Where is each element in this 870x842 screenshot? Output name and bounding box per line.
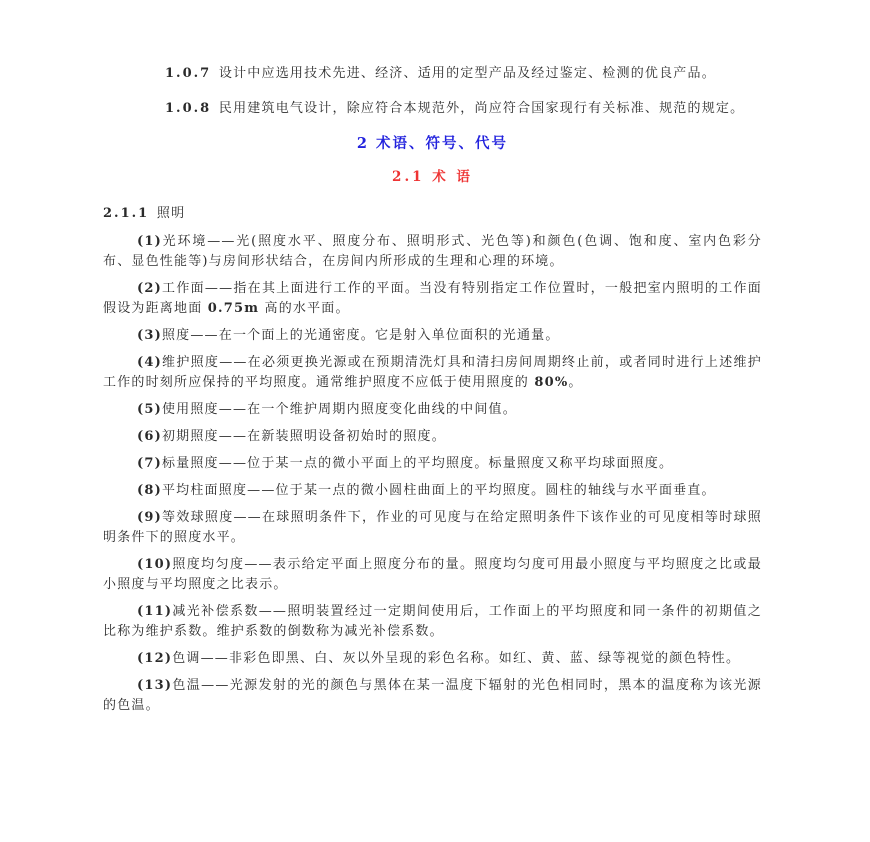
term-item: (8)平均柱面照度——位于某一点的微小圆柱曲面上的平均照度。圆柱的轴线与水平面垂…: [103, 481, 762, 501]
term-text: 照度——在一个面上的光通密度。它是射入单位面积的光通量。: [162, 328, 560, 343]
term-text-bold-value: 0.75m: [208, 301, 259, 316]
clause-1-0-8: 1.0.8 民用建筑电气设计，除应符合本规范外，尚应符合国家现行有关标准、规范的…: [103, 99, 762, 119]
clause-number: 1.0.8: [165, 101, 211, 116]
clause-text: 民用建筑电气设计，除应符合本规范外，尚应符合国家现行有关标准、规范的规定。: [219, 101, 744, 116]
term-text-segment: 使用照度——在一个维护周期内照度变化曲线的中间值。: [162, 402, 517, 417]
clause-1-0-7: 1.0.7 设计中应选用技术先进、经济、适用的定型产品及经过鉴定、检测的优良产品…: [103, 64, 762, 84]
clause-number: 1.0.7: [165, 66, 211, 81]
term-text: 标量照度——位于某一点的微小平面上的平均照度。标量照度又称平均球面照度。: [162, 456, 673, 471]
term-label: (4): [137, 355, 162, 370]
subsection-heading: 2.1.1 照明: [103, 204, 762, 224]
term-text: 等效球照度——在球照明条件下，作业的可见度与在给定照明条件下该作业的可见度相等时…: [103, 510, 762, 545]
term-label: (6): [137, 429, 162, 444]
term-text-segment: 光环境——光(照度水平、照度分布、照明形式、光色等)和颜色(色调、饱和度、室内色…: [103, 234, 762, 269]
term-label: (10): [137, 557, 172, 572]
term-item: (1)光环境——光(照度水平、照度分布、照明形式、光色等)和颜色(色调、饱和度、…: [103, 232, 762, 272]
term-label: (13): [137, 678, 172, 693]
term-label: (1): [137, 234, 162, 249]
term-label: (3): [137, 328, 162, 343]
term-label: (12): [137, 651, 172, 666]
term-item: (3)照度——在一个面上的光通密度。它是射入单位面积的光通量。: [103, 326, 762, 346]
document-page: 1.0.7 设计中应选用技术先进、经济、适用的定型产品及经过鉴定、检测的优良产品…: [0, 0, 870, 842]
term-text: 初期照度——在新装照明设备初始时的照度。: [162, 429, 446, 444]
term-text: 维护照度——在必须更换光源或在预期清洗灯具和清扫房间周期终止前，或者同时进行上述…: [103, 355, 762, 390]
term-item: (11)减光补偿系数——照明装置经过一定期间使用后，工作面上的平均照度和同一条件…: [103, 602, 762, 642]
term-text: 使用照度——在一个维护周期内照度变化曲线的中间值。: [162, 402, 517, 417]
term-text: 色温——光源发射的光的颜色与黑体在某一温度下辐射的光色相同时，黑本的温度称为该光…: [103, 678, 762, 713]
term-text: 减光补偿系数——照明装置经过一定期间使用后，工作面上的平均照度和同一条件的初期值…: [103, 604, 762, 639]
term-text-segment: 照度——在一个面上的光通密度。它是射入单位面积的光通量。: [162, 328, 560, 343]
term-text: 工作面——指在其上面进行工作的平面。当没有特别指定工作位置时，一般把室内照明的工…: [103, 281, 762, 316]
term-text-segment: 标量照度——位于某一点的微小平面上的平均照度。标量照度又称平均球面照度。: [162, 456, 673, 471]
term-text-segment: 初期照度——在新装照明设备初始时的照度。: [162, 429, 446, 444]
term-item: (6)初期照度——在新装照明设备初始时的照度。: [103, 427, 762, 447]
chapter-heading: 2 术语、符号、代号: [103, 134, 762, 154]
term-label: (7): [137, 456, 162, 471]
term-item: (2)工作面——指在其上面进行工作的平面。当没有特别指定工作位置时，一般把室内照…: [103, 279, 762, 319]
term-item: (9)等效球照度——在球照明条件下，作业的可见度与在给定照明条件下该作业的可见度…: [103, 508, 762, 548]
term-text: 平均柱面照度——位于某一点的微小圆柱曲面上的平均照度。圆柱的轴线与水平面垂直。: [162, 483, 716, 498]
term-label: (2): [137, 281, 162, 296]
term-text-segment: 平均柱面照度——位于某一点的微小圆柱曲面上的平均照度。圆柱的轴线与水平面垂直。: [162, 483, 716, 498]
term-text-bold-value: 80%: [534, 375, 568, 390]
term-text-segment: 照度均匀度——表示给定平面上照度分布的量。照度均匀度可用最小照度与平均照度之比或…: [103, 557, 762, 592]
term-item: (4)维护照度——在必须更换光源或在预期清洗灯具和清扫房间周期终止前，或者同时进…: [103, 353, 762, 393]
term-text-segment: 工作面——指在其上面进行工作的平面。当没有特别指定工作位置时，一般把室内照明的工…: [103, 281, 762, 316]
term-text: 照度均匀度——表示给定平面上照度分布的量。照度均匀度可用最小照度与平均照度之比或…: [103, 557, 762, 592]
term-text-segment: 色温——光源发射的光的颜色与黑体在某一温度下辐射的光色相同时，黑本的温度称为该光…: [103, 678, 762, 713]
term-text-segment: 。: [568, 375, 582, 390]
subsection-title: 照明: [157, 206, 185, 221]
term-text-segment: 高的水平面。: [259, 301, 350, 316]
term-label: (8): [137, 483, 162, 498]
term-label: (9): [137, 510, 162, 525]
section-heading: 2.1 术 语: [103, 167, 762, 187]
term-item: (7)标量照度——位于某一点的微小平面上的平均照度。标量照度又称平均球面照度。: [103, 454, 762, 474]
term-text: 色调——非彩色即黑、白、灰以外呈现的彩色名称。如红、黄、蓝、绿等视觉的颜色特性。: [172, 651, 740, 666]
term-item: (13)色温——光源发射的光的颜色与黑体在某一温度下辐射的光色相同时，黑本的温度…: [103, 676, 762, 716]
term-item: (10)照度均匀度——表示给定平面上照度分布的量。照度均匀度可用最小照度与平均照…: [103, 555, 762, 595]
term-text-segment: 等效球照度——在球照明条件下，作业的可见度与在给定照明条件下该作业的可见度相等时…: [103, 510, 762, 545]
term-label: (5): [137, 402, 162, 417]
subsection-number: 2.1.1: [103, 206, 149, 221]
term-text: 光环境——光(照度水平、照度分布、照明形式、光色等)和颜色(色调、饱和度、室内色…: [103, 234, 762, 269]
term-text-segment: 色调——非彩色即黑、白、灰以外呈现的彩色名称。如红、黄、蓝、绿等视觉的颜色特性。: [172, 651, 740, 666]
term-label: (11): [137, 604, 172, 619]
term-item: (12)色调——非彩色即黑、白、灰以外呈现的彩色名称。如红、黄、蓝、绿等视觉的颜…: [103, 649, 762, 669]
term-text-segment: 减光补偿系数——照明装置经过一定期间使用后，工作面上的平均照度和同一条件的初期值…: [103, 604, 762, 639]
term-item: (5)使用照度——在一个维护周期内照度变化曲线的中间值。: [103, 400, 762, 420]
terms-list: (1)光环境——光(照度水平、照度分布、照明形式、光色等)和颜色(色调、饱和度、…: [103, 232, 762, 716]
term-text-segment: 维护照度——在必须更换光源或在预期清洗灯具和清扫房间周期终止前，或者同时进行上述…: [103, 355, 762, 390]
clause-text: 设计中应选用技术先进、经济、适用的定型产品及经过鉴定、检测的优良产品。: [219, 66, 716, 81]
